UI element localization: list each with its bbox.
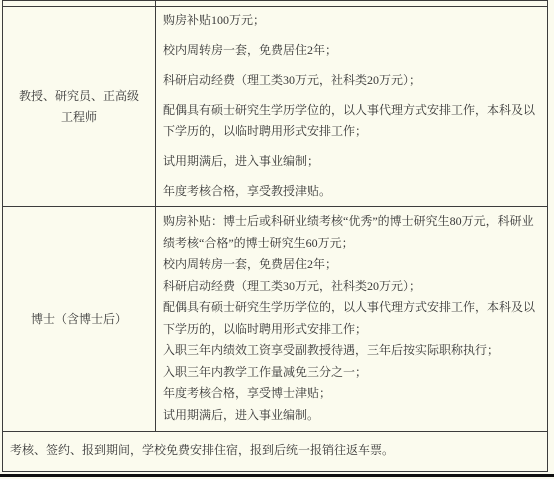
benefits-table: 教授、研究员、正高级工程师 购房补贴100万元；校内周转房一套，免费居住2年；科… (2, 0, 548, 472)
table-row-professor: 教授、研究员、正高级工程师 购房补贴100万元；校内周转房一套，免费居住2年；科… (3, 7, 547, 207)
partial-right-cell (156, 1, 547, 6)
bottom-divider-bar (0, 474, 554, 477)
position-title-professor: 教授、研究员、正高级工程师 (15, 86, 143, 128)
benefit-item: 科研启动经费（理工类30万元，社科类20万元）； (163, 276, 545, 298)
benefit-item: 购房补贴：博士后或科研业绩考核“优秀”的博士研究生80万元，科研业绩考核“合格”… (163, 211, 545, 254)
position-title-doctor: 博士（含博士后） (31, 309, 127, 330)
benefit-item: 试用期满后，进入事业编制； (163, 151, 545, 172)
benefit-item: 入职三年内绩效工资享受副教授待遇，三年后按实际职称执行； (163, 340, 545, 362)
benefit-item: 购房补贴100万元； (163, 10, 545, 31)
partial-left-cell (3, 1, 156, 6)
table-row-doctor: 博士（含博士后） 购房补贴：博士后或科研业绩考核“优秀”的博士研究生80万元，科… (3, 207, 547, 432)
benefit-item: 校内周转房一套，免费居住2年； (163, 254, 545, 276)
table-footer-cell: 考核、签约、报到期间，学校免费安排住宿，报到后统一报销往返车票。 (3, 432, 547, 471)
benefits-cell-doctor: 购房补贴：博士后或科研业绩考核“优秀”的博士研究生80万元，科研业绩考核“合格”… (156, 207, 547, 431)
benefits-cell-professor: 购房补贴100万元；校内周转房一套，免费居住2年；科研启动经费（理工类30万元，… (156, 7, 547, 206)
benefit-item: 年度考核合格，享受博士津贴； (163, 383, 545, 405)
benefit-item: 试用期满后，进入事业编制。 (163, 405, 545, 427)
position-title-cell-professor: 教授、研究员、正高级工程师 (3, 7, 156, 206)
benefit-item: 配偶具有硕士研究生学历学位的，以人事代理方式安排工作，本科及以下学历的，以临时聘… (163, 100, 545, 142)
position-title-cell-doctor: 博士（含博士后） (3, 207, 156, 431)
benefit-item: 校内周转房一套，免费居住2年； (163, 40, 545, 61)
benefit-item: 年度考核合格，享受教授津贴。 (163, 181, 545, 202)
benefit-item: 配偶具有硕士研究生学历学位的，以人事代理方式安排工作，本科及以下学历的，以临时聘… (163, 297, 545, 340)
footer-note: 考核、签约、报到期间，学校免费安排住宿，报到后统一报销往返车票。 (10, 443, 394, 457)
benefit-item: 入职三年内教学工作量减免三分之一； (163, 362, 545, 384)
benefit-item: 科研启动经费（理工类30万元，社科类20万元）； (163, 70, 545, 91)
